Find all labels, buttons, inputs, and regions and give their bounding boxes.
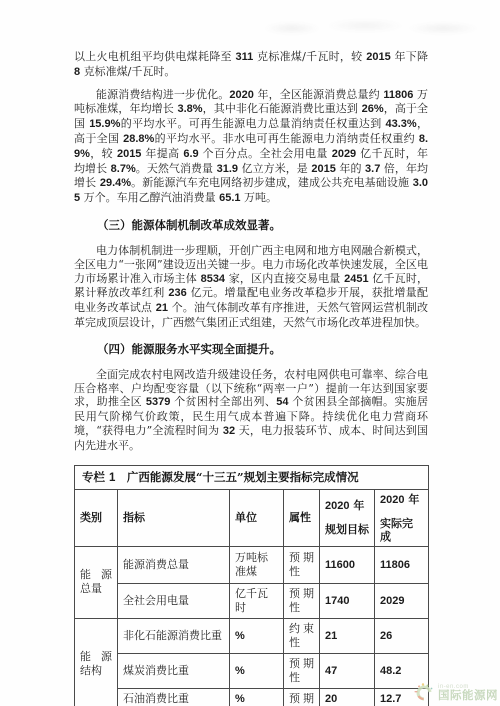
unit-cell: 万吨标准煤 xyxy=(230,546,284,583)
col-header-unit: 单位 xyxy=(230,489,284,546)
attribute-cell: 约束性 xyxy=(284,618,320,653)
watermark-text: in-en.com 国际能源网 xyxy=(438,684,498,703)
paragraph: 以上火电机组平均供电煤耗降至 311 克标准煤/千瓦时，较 2015 年下降 8… xyxy=(74,50,428,80)
table-row: 能源总量 能源消费总量 万吨标准煤 预期性 11600 11806 xyxy=(75,546,429,583)
document-page: 以上火电机组平均供电煤耗降至 311 克标准煤/千瓦时，较 2015 年下降 8… xyxy=(0,0,500,706)
target-value-cell: 1740 xyxy=(320,583,375,618)
category-cell: 能源结构 xyxy=(75,618,118,706)
col-header-actual-line1: 2020 年 xyxy=(380,493,423,507)
paragraph: 全面完成农村电网改造升级建设任务，农村电网供电可靠率、综合电压合格率、户均配变容… xyxy=(74,368,428,453)
col-header-target-line2: 规划目标 xyxy=(325,523,369,536)
watermark-domain: in-en.com xyxy=(438,684,498,690)
attribute-cell: 预期 xyxy=(284,688,320,706)
table-row: 石油消费比重 % 预期 20 12.7 xyxy=(75,688,429,706)
watermark-site-name: 国际能源网 xyxy=(438,691,498,703)
target-value-cell: 11600 xyxy=(320,546,375,583)
section-heading-3: （三）能源体制机制改革成效显著。 xyxy=(74,218,428,232)
attribute-cell: 预期性 xyxy=(284,583,320,618)
actual-value-cell: 2029 xyxy=(375,583,429,618)
col-header-target-line1: 2020 年 xyxy=(325,499,369,513)
indicator-cell: 全社会用电量 xyxy=(118,583,230,618)
attribute-cell: 预期性 xyxy=(284,546,320,583)
indicator-cell: 石油消费比重 xyxy=(118,688,230,706)
category-cell: 能源总量 xyxy=(75,546,118,618)
unit-cell: % xyxy=(230,653,284,688)
attribute-cell: 预期性 xyxy=(284,653,320,688)
target-value-cell: 20 xyxy=(320,688,375,706)
table-row: 全社会用电量 亿千瓦时 预期性 1740 2029 xyxy=(75,583,429,618)
actual-value-cell: 26 xyxy=(375,618,429,653)
actual-value-cell: 11806 xyxy=(375,546,429,583)
indicator-cell: 能源消费总量 xyxy=(118,546,230,583)
target-value-cell: 47 xyxy=(320,653,375,688)
table-title: 专栏 1 广西能源发展“十三五”规划主要指标完成情况 xyxy=(75,465,429,489)
sun-logo-icon xyxy=(414,682,436,702)
table-row: 能源结构 非化石能源消费比重 % 约束性 21 26 xyxy=(75,618,429,653)
paragraph: 能源消费结构进一步优化。2020 年，全区能源消费总量约 11806 万吨标准煤… xyxy=(74,88,428,206)
site-watermark: in-en.com 国际能源网 xyxy=(414,682,498,702)
col-header-actual: 2020 年 实际完成 xyxy=(375,489,429,546)
unit-cell: 亿千瓦时 xyxy=(230,583,284,618)
col-header-target: 2020 年 规划目标 xyxy=(320,489,375,546)
paragraph: 电力体制机制进一步理顺，开创广西主电网和地方电网融合新模式，全区电力“一张网”建… xyxy=(74,244,428,330)
section-heading-4: （四）能源服务水平实现全面提升。 xyxy=(74,342,428,356)
table-title-row: 专栏 1 广西能源发展“十三五”规划主要指标完成情况 xyxy=(75,465,429,489)
indicator-table: 专栏 1 广西能源发展“十三五”规划主要指标完成情况 类别 指标 单位 属性 2… xyxy=(74,465,429,706)
table-row: 煤炭消费比重 % 预期性 47 48.2 xyxy=(75,653,429,688)
indicator-cell: 非化石能源消费比重 xyxy=(118,618,230,653)
col-header-attribute: 属性 xyxy=(284,489,320,546)
table-header-row: 类别 指标 单位 属性 2020 年 规划目标 2020 年 实际完成 xyxy=(75,489,429,546)
col-header-category: 类别 xyxy=(75,489,118,546)
unit-cell: % xyxy=(230,688,284,706)
target-value-cell: 21 xyxy=(320,618,375,653)
col-header-indicator: 指标 xyxy=(118,489,230,546)
col-header-actual-line2: 实际完成 xyxy=(380,517,423,543)
unit-cell: % xyxy=(230,618,284,653)
indicator-cell: 煤炭消费比重 xyxy=(118,653,230,688)
